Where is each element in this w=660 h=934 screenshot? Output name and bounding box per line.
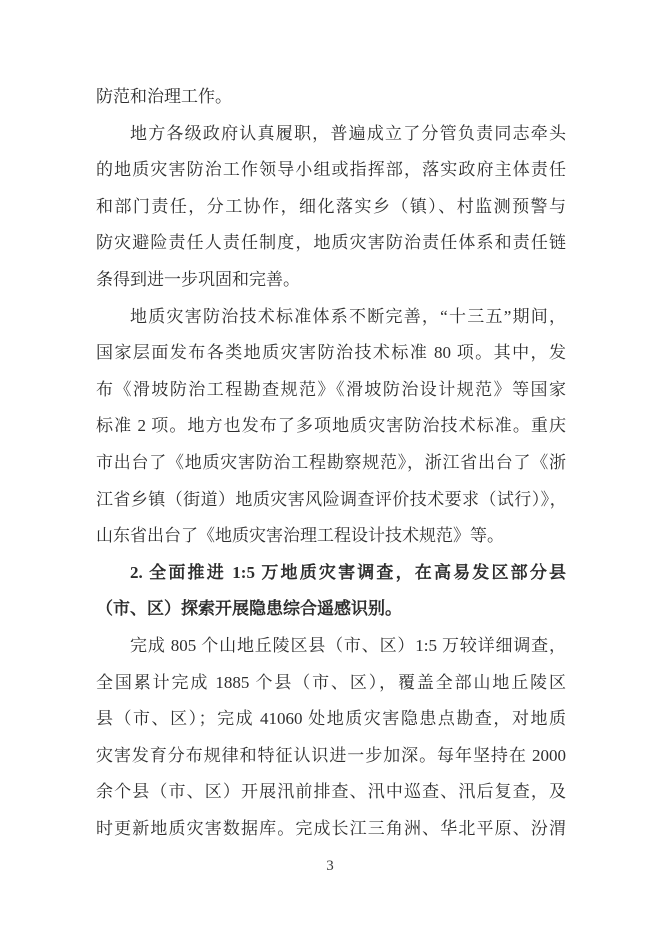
text-line: 山东省出台了《地质灾害治理工程设计技术规范》等。 — [96, 518, 566, 555]
text-line: 标准 2 项。地方也发布了多项地质灾害防治技术标准。重庆 — [96, 408, 566, 445]
text-line: 国家层面发布各类地质灾害防治技术标准 80 项。其中，发 — [96, 335, 566, 372]
text-line: 和部门责任，分工协作，细化落实乡（镇）、村监测预警与 — [96, 189, 566, 226]
section-heading-line: 2. 全面推进 1:5 万地质灾害调查，在高易发区部分县 — [96, 555, 566, 592]
page-number: 3 — [0, 856, 660, 876]
text-line: 的地质灾害防治工作领导小组或指挥部，落实政府主体责任 — [96, 152, 566, 189]
section-heading-line: （市、区）探索开展隐患综合遥感识别。 — [96, 591, 566, 628]
text-line: 灾害发育分布规律和特征认识进一步加深。每年坚持在 2000 — [96, 738, 566, 775]
text-line: 条得到进一步巩固和完善。 — [96, 262, 566, 299]
text-line: 布《滑坡防治工程勘查规范》《滑坡防治设计规范》等国家 — [96, 372, 566, 409]
text-line: 地方各级政府认真履职，普遍成立了分管负责同志牵头 — [96, 116, 566, 153]
text-line: 余个县（市、区）开展汛前排查、汛中巡查、汛后复查，及 — [96, 774, 566, 811]
text-line: 时更新地质灾害数据库。完成长江三角洲、华北平原、汾渭 — [96, 811, 566, 848]
text-line: 江省乡镇（街道）地质灾害风险调查评价技术要求（试行）》， — [96, 482, 566, 519]
text-line: 县（市、区）；完成 41060 处地质灾害隐患点勘查，对地质 — [96, 701, 566, 738]
text-line: 市出台了《地质灾害防治工程勘察规范》，浙江省出台了《浙 — [96, 445, 566, 482]
text-line: 地质灾害防治技术标准体系不断完善，“十三五”期间， — [96, 299, 566, 336]
body-text-block: 防范和治理工作。 地方各级政府认真履职，普遍成立了分管负责同志牵头 的地质灾害防… — [96, 79, 566, 847]
document-page: 防范和治理工作。 地方各级政府认真履职，普遍成立了分管负责同志牵头 的地质灾害防… — [0, 0, 660, 934]
text-line: 防灾避险责任人责任制度，地质灾害防治责任体系和责任链 — [96, 225, 566, 262]
text-line: 完成 805 个山地丘陵区县（市、区）1:5 万较详细调查， — [96, 628, 566, 665]
text-line: 全国累计完成 1885 个县（市、区），覆盖全部山地丘陵区 — [96, 665, 566, 702]
text-line: 防范和治理工作。 — [96, 79, 566, 116]
